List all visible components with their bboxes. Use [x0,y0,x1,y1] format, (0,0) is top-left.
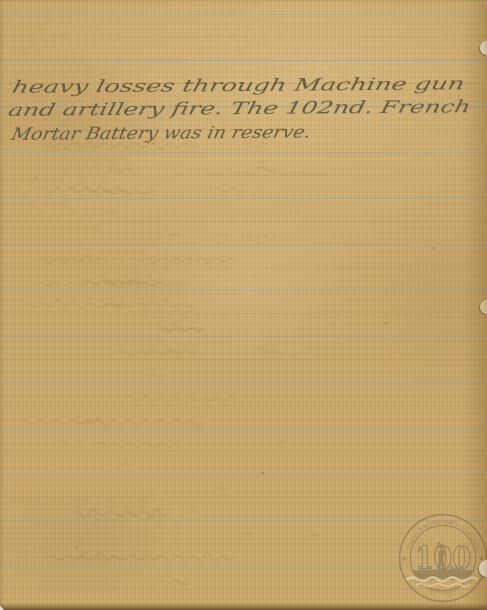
handwriting-line-1: heavy losses through Machine gun [10,74,466,97]
edge-notch-top [480,41,487,55]
edge-notch-middle [480,300,487,314]
handwriting-line-3: Mortar Battery was in reserve. [8,123,313,145]
star-icon-left: ★ [402,555,408,563]
paper-speck [23,551,25,553]
handwriting: heavy losses through Machine gun and art… [0,0,487,172]
centennial-watermark: Virginia WWI and WWII Commission www.Vir… [395,510,487,606]
paper-speck [262,472,264,474]
edge-notch-bottom [479,560,487,577]
paper-speck [35,177,37,179]
notebook-page: heavy losses through Machine gun and art… [0,0,487,610]
paper-speck [76,546,78,548]
paper-speck [433,247,435,249]
page-corner-curl [0,604,7,610]
handwriting-line-2: and artillery fire. The 102nd. French [6,97,472,120]
paper-speck [385,322,387,324]
